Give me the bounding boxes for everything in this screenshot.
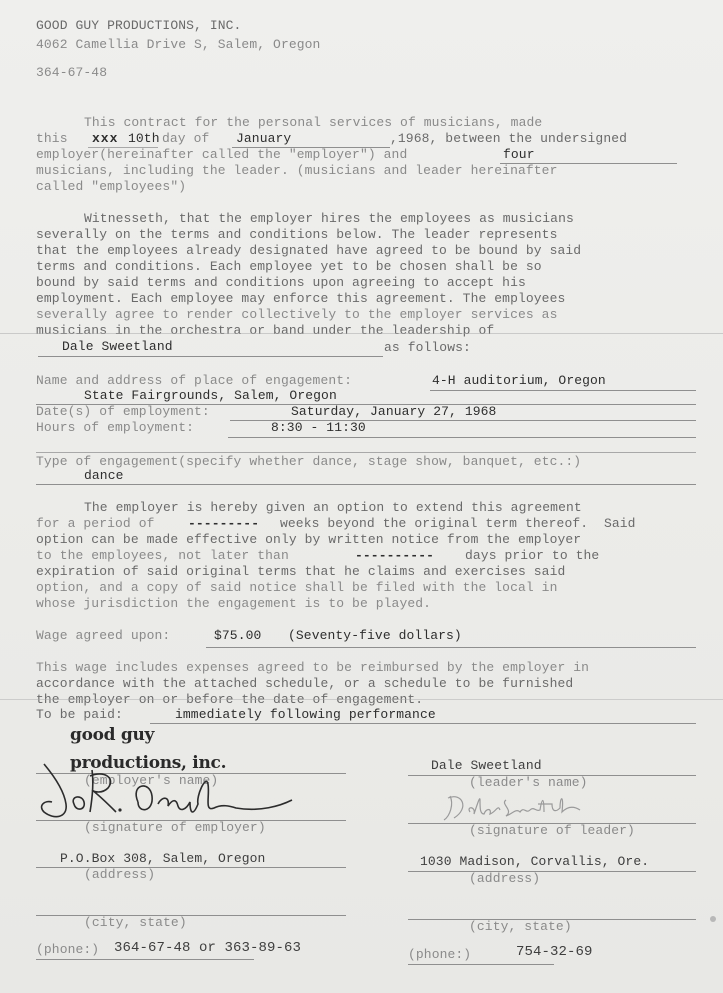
employer-phone: 364-67-48 or 363-89-63 — [114, 941, 301, 955]
employer-city-line — [36, 915, 346, 916]
paid-underline — [150, 723, 696, 724]
leader-address-caption: (address) — [469, 872, 540, 886]
leader-phone-label: (phone:) — [408, 948, 471, 962]
expenses-line-1: This wage includes expenses agreed to be… — [36, 661, 589, 675]
divider-rule — [36, 452, 696, 453]
company-address: 4062 Camellia Drive S, Salem, Oregon — [36, 38, 320, 52]
struck-text: xxx — [92, 132, 118, 146]
option-weeks: --------- — [188, 517, 259, 531]
place-label: Name and address of place of engagement: — [36, 374, 352, 388]
wage-words: (Seventy-five dollars) — [288, 629, 462, 643]
wage-underline — [206, 647, 696, 648]
hours-underline — [228, 437, 696, 438]
place-value-line-2: State Fairgrounds, Salem, Oregon — [84, 389, 337, 403]
leader-name-value: Dale Sweetland — [431, 759, 542, 773]
employer-city-caption: (city, state) — [84, 916, 187, 930]
employer-signature-caption: (signature of employer) — [84, 821, 266, 835]
type-value: dance — [84, 469, 124, 483]
intro-line-2-pre: this — [36, 132, 68, 146]
witnesseth-line: bound by said terms and conditions upon … — [36, 276, 526, 290]
intro-day-of: day of — [162, 132, 209, 146]
witnesseth-line: employment. Each employee may enforce th… — [36, 292, 565, 306]
witnesseth-line: severally agree to render collectively t… — [36, 308, 557, 322]
place-underline — [430, 390, 696, 391]
fold-line-2 — [0, 699, 723, 700]
dates-value: Saturday, January 27, 1968 — [291, 405, 496, 419]
employer-address-line — [36, 867, 346, 868]
intro-line-5: called "employees") — [36, 180, 186, 194]
expenses-line-2: accordance with the attached schedule, o… — [36, 677, 573, 691]
as-follows: as follows: — [384, 341, 471, 355]
witnesseth-line: severally on the terms and conditions be… — [36, 228, 557, 242]
intro-line-3-pre: employer(hereinafter called the "employe… — [36, 148, 407, 162]
leader-phone-line — [408, 964, 554, 965]
leader-phone: 754-32-69 — [516, 945, 593, 959]
witnesseth-line: Witnesseth, that the employer hires the … — [84, 212, 574, 226]
leader-address-line — [408, 871, 696, 872]
contract-day: 10th — [128, 132, 160, 146]
wage-amount: $75.00 — [214, 629, 261, 643]
type-underline — [36, 484, 696, 485]
employer-phone-line — [36, 959, 254, 960]
contract-month: January — [236, 132, 291, 146]
fold-line — [0, 333, 723, 334]
intro-line-4: musicians, including the leader. (musici… — [36, 164, 557, 178]
option-line-6: option, and a copy of said notice shall … — [36, 581, 557, 595]
hours-value: 8:30 - 11:30 — [271, 421, 366, 435]
hours-label: Hours of employment: — [36, 421, 194, 435]
leader-name: Dale Sweetland — [62, 340, 173, 354]
leader-address: 1030 Madison, Corvallis, Ore. — [420, 855, 649, 869]
option-line-1: The employer is hereby given an option t… — [84, 501, 582, 515]
place-value-line-1: 4-H auditorium, Oregon — [432, 374, 606, 388]
company-phone: 364-67-48 — [36, 66, 107, 80]
employer-stamp-line-1: good guy — [70, 726, 154, 744]
employer-address: P.O.Box 308, Salem, Oregon — [60, 852, 265, 866]
option-line-7: whose jurisdiction the engagement is to … — [36, 597, 431, 611]
dates-label: Date(s) of employment: — [36, 405, 210, 419]
company-name: GOOD GUY PRODUCTIONS, INC. — [36, 19, 241, 33]
paid-value: immediately following performance — [175, 708, 436, 722]
witnesseth-line: that the employees already designated ha… — [36, 244, 581, 258]
wage-label: Wage agreed upon: — [36, 629, 170, 643]
type-label: Type of engagement(specify whether dance… — [36, 455, 581, 469]
paper-speck — [710, 916, 716, 922]
option-line-2-post: weeks beyond the original term thereof. … — [280, 517, 636, 531]
witnesseth-line: musicians in the orchestra or band under… — [36, 324, 494, 338]
option-days: ---------- — [355, 549, 434, 563]
paid-label: To be paid: — [36, 708, 123, 722]
leader-signature-caption: (signature of leader) — [469, 824, 635, 838]
leader-name-caption: (leader's name) — [469, 776, 588, 790]
contract-page: GOOD GUY PRODUCTIONS, INC. 4062 Camellia… — [0, 0, 723, 993]
leader-city-caption: (city, state) — [469, 920, 572, 934]
musician-count: four — [503, 148, 535, 162]
option-line-2-pre: for a period of — [36, 517, 155, 531]
intro-line-1: This contract for the personal services … — [84, 116, 542, 130]
option-line-4-post: days prior to the — [465, 549, 599, 563]
employer-phone-label: (phone:) — [36, 943, 99, 957]
leader-signature — [440, 790, 600, 824]
employer-address-caption: (address) — [84, 868, 155, 882]
intro-line-2-post: ,1968, between the undersigned — [390, 132, 627, 146]
option-line-4-pre: to the employees, not later than — [36, 549, 289, 563]
expenses-line-3: the employer on or before the date of en… — [36, 693, 423, 707]
witnesseth-line: terms and conditions. Each employee yet … — [36, 260, 542, 274]
option-line-5: expiration of said original terms that h… — [36, 565, 565, 579]
leader-underline — [38, 356, 383, 357]
option-line-3: option can be made effective only by wri… — [36, 533, 581, 547]
